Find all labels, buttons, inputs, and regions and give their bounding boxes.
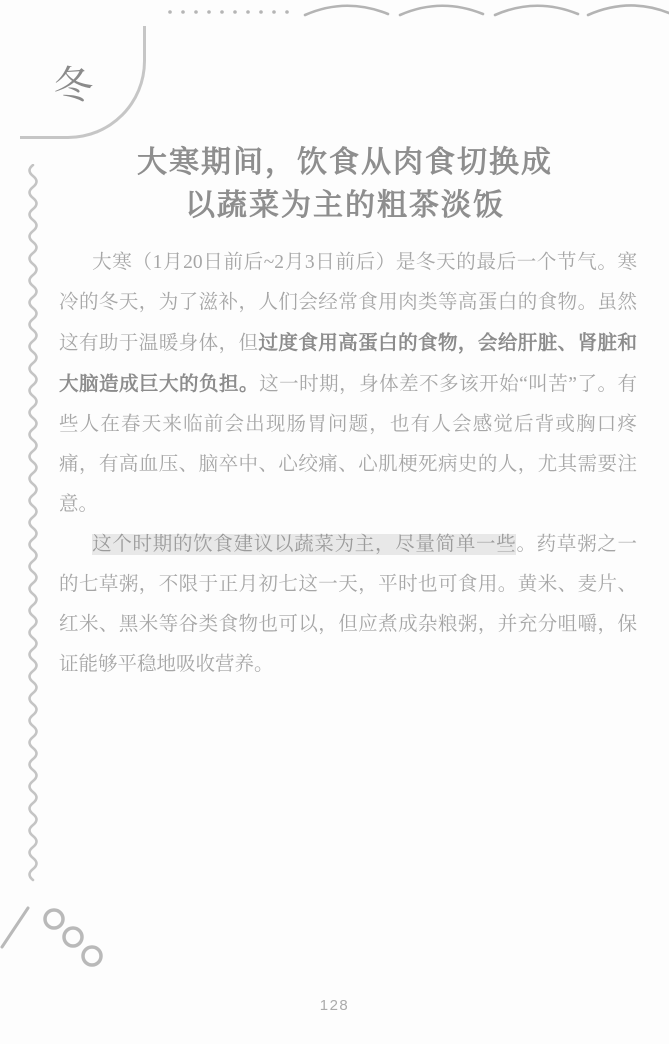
paragraph: 这个时期的饮食建议以蔬菜为主，尽量简单一些。药草粥之一的七草粥，不限于正月初七这… xyxy=(59,525,637,685)
book-page: 冬 大寒期间，饮食从肉食切换成 以蔬菜为主的粗茶淡饭 大寒（1月20日前后~2月… xyxy=(0,0,669,1044)
slash-decoration xyxy=(0,903,32,951)
circles-decoration xyxy=(40,905,106,971)
page-title-line2: 以蔬菜为主的粗茶淡饭 xyxy=(40,184,650,227)
text-segment-normal: 。药草粥之一的七草粥，不限于正月初七这一天，平时也可食用。黄米、麦片、红米、黑米… xyxy=(59,534,637,675)
text-segment-normal: 这一时期，身体差不多该开始“叫苦”了。有些人在春天来临前会出现肠胃问题，也有人会… xyxy=(59,374,637,515)
wavy-line-decoration xyxy=(24,164,40,882)
paragraph: 大寒（1月20日前后~2月3日前后）是冬天的最后一个节气。寒冷的冬天，为了滋补，… xyxy=(59,243,637,525)
season-label: 冬 xyxy=(51,53,95,113)
page-title-line1: 大寒期间，饮食从肉食切换成 xyxy=(40,141,650,184)
dotted-line-decoration xyxy=(166,6,296,18)
page-title: 大寒期间，饮食从肉食切换成 以蔬菜为主的粗茶淡饭 xyxy=(40,141,650,227)
page-number: 128 xyxy=(0,997,669,1014)
scallop-border-decoration xyxy=(300,1,669,23)
body-text: 大寒（1月20日前后~2月3日前后）是冬天的最后一个节气。寒冷的冬天，为了滋补，… xyxy=(59,243,637,685)
text-segment-highlight: 这个时期的饮食建议以蔬菜为主，尽量简单一些 xyxy=(92,534,516,555)
